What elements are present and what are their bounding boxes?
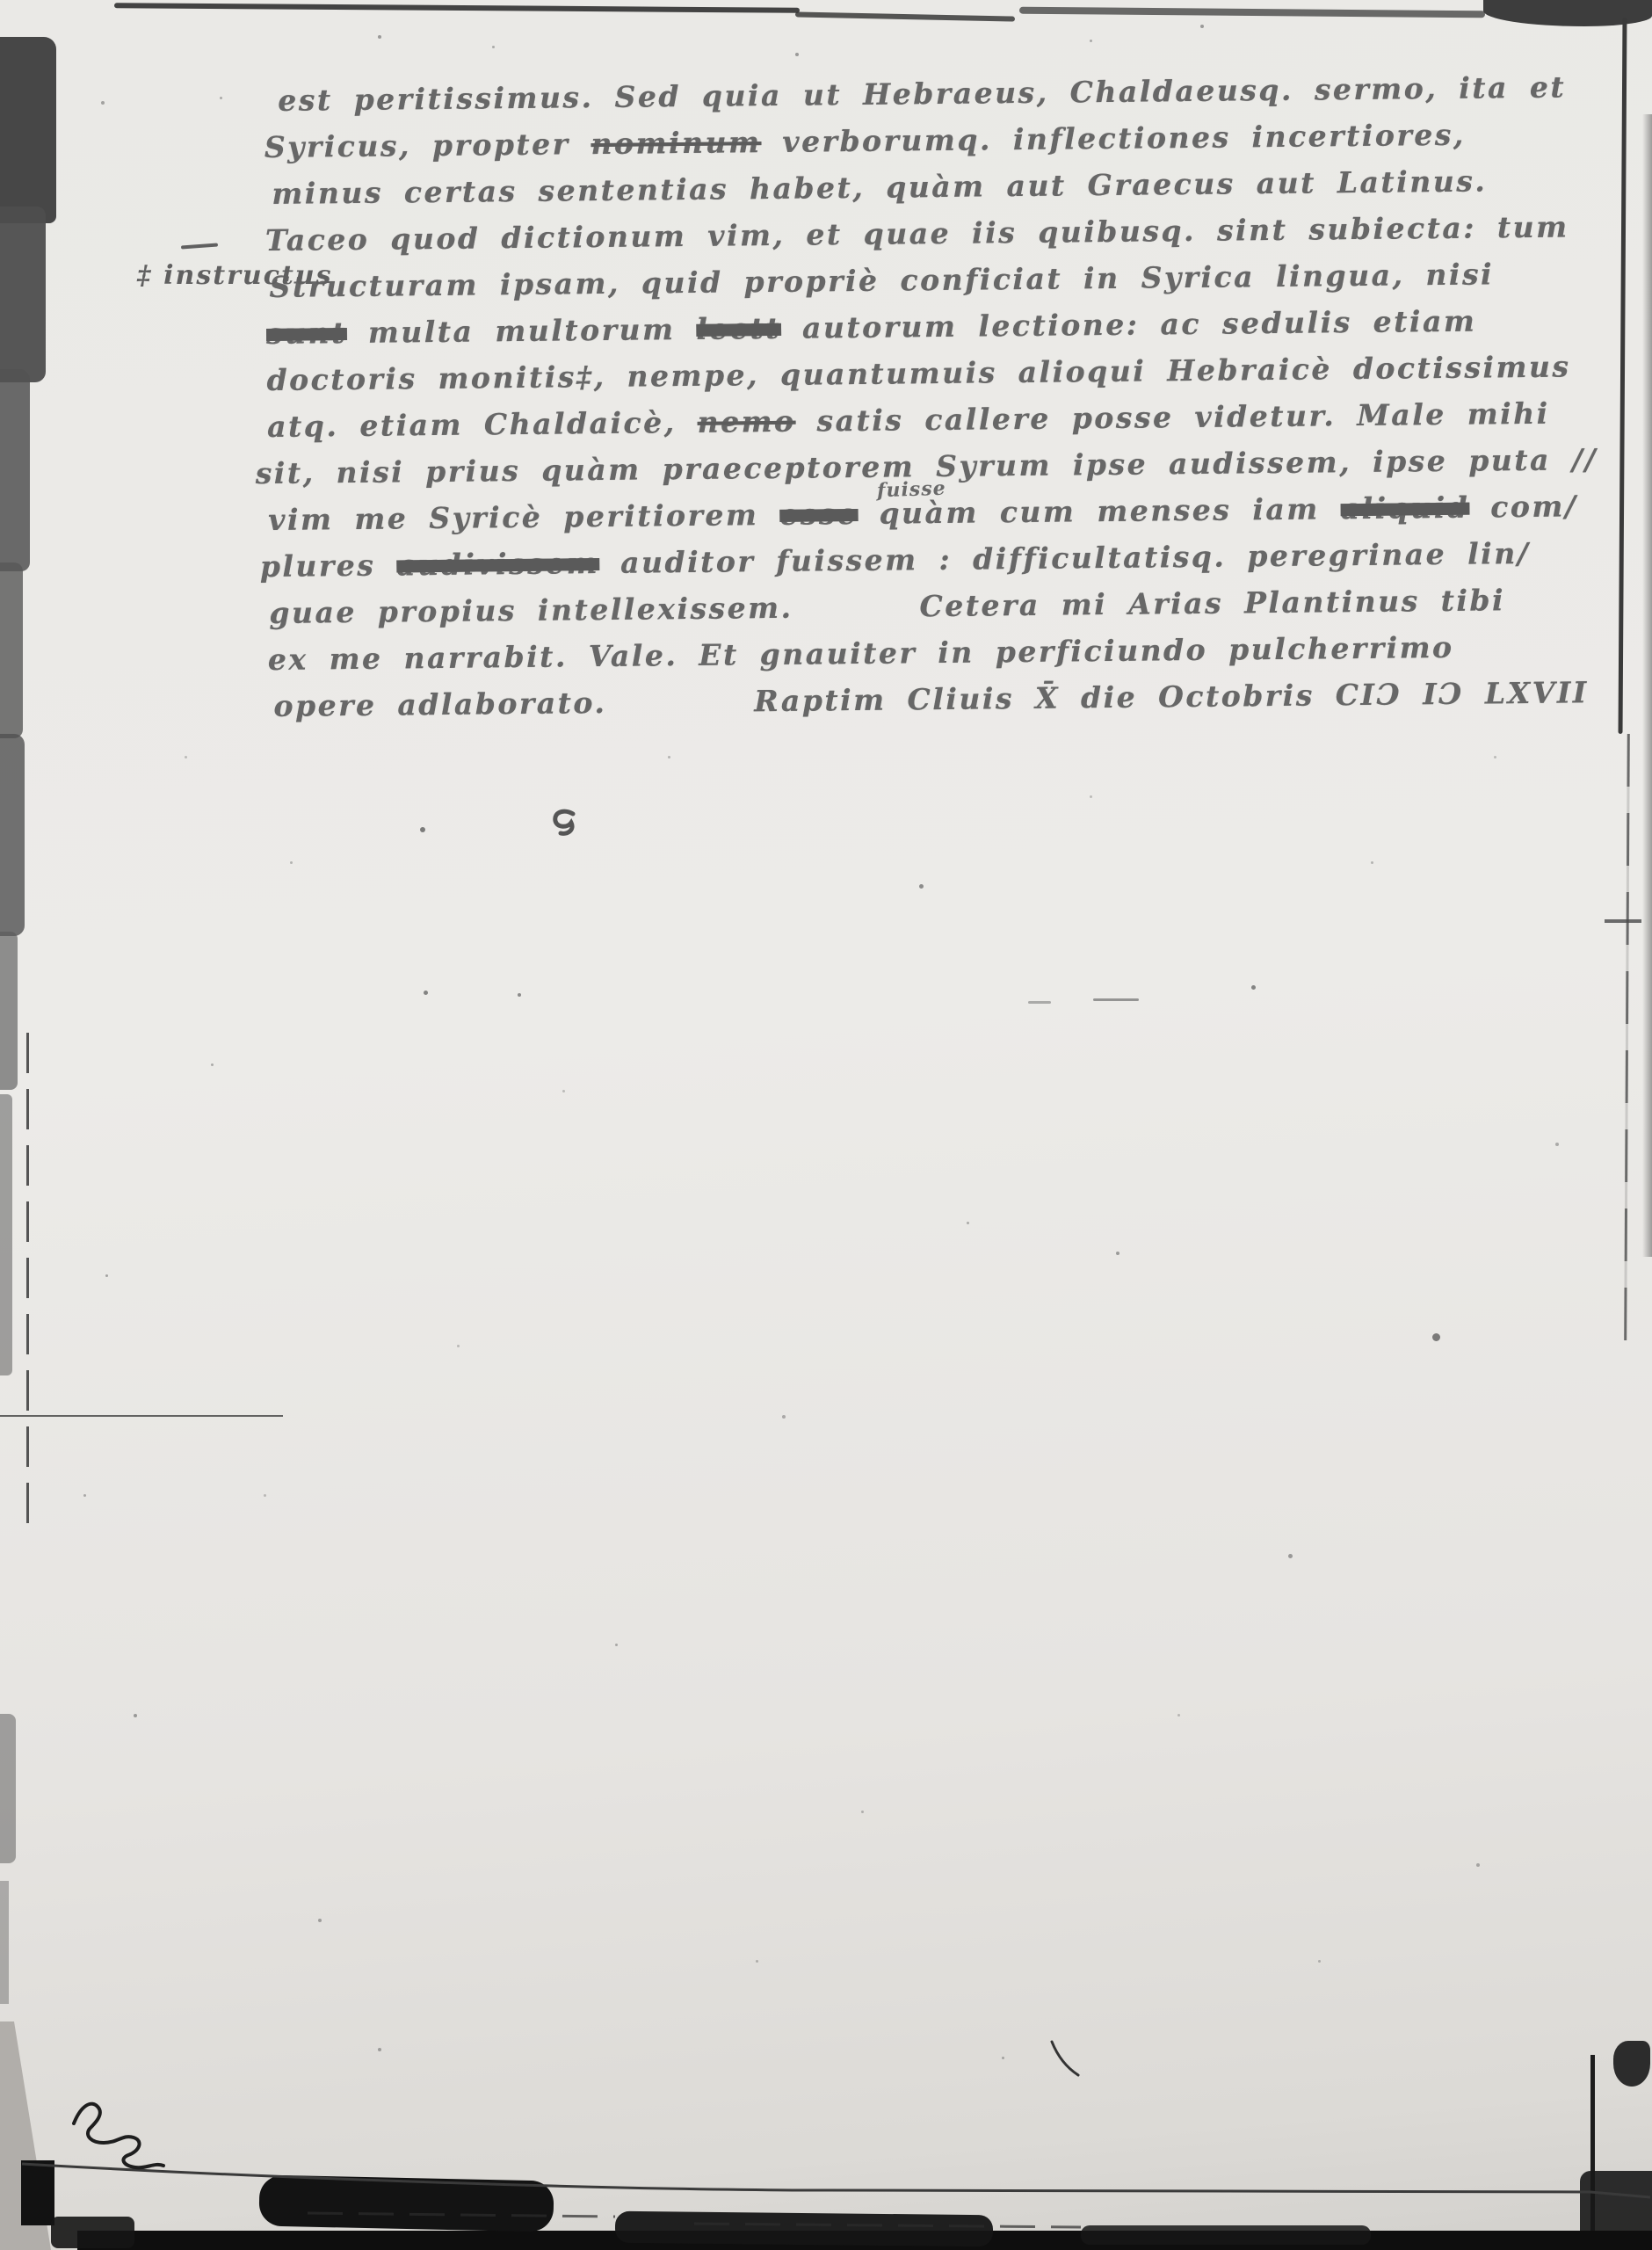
scan-artifact-bottom-left-square <box>21 2160 54 2225</box>
letter-lines: est peritissimus. Sed quia ut Hebraeus, … <box>264 63 1624 729</box>
scan-artifact-right-tick <box>1605 919 1641 923</box>
ink-speck <box>1116 1252 1119 1255</box>
ink-speck <box>1318 1960 1321 1963</box>
manuscript-text: est peritissimus. Sed quia ut Hebraeus, … <box>278 69 1566 117</box>
ink-speck <box>492 46 495 48</box>
ink-speck <box>83 1494 86 1497</box>
manuscript-text: com/ <box>1469 489 1577 524</box>
struck-word: aliquid <box>1340 490 1469 526</box>
scan-artifact-top-edge <box>114 3 800 12</box>
ink-speck <box>1494 756 1496 758</box>
ink-speck <box>264 1494 266 1497</box>
ink-speck <box>1555 1143 1559 1146</box>
manuscript-text: verborumq. inflectiones incertiores, <box>761 118 1466 159</box>
scan-artifact-left-blob <box>0 1881 9 2004</box>
ink-speck <box>220 97 222 99</box>
margin-note-macron <box>181 243 218 250</box>
ink-speck <box>919 884 924 889</box>
ink-speck <box>290 861 293 864</box>
manuscript-text: auditor fuissem : difficultatisq. peregr… <box>599 536 1531 580</box>
manuscript-text: ex me narrabit. Vale. Et gnauiter in per… <box>268 630 1454 677</box>
ink-speck <box>1476 1863 1480 1867</box>
ink-speck <box>1200 25 1204 28</box>
struck-word: esse <box>779 497 859 532</box>
ink-speck <box>562 1090 565 1092</box>
scan-artifact-right-rule <box>1624 734 1630 1340</box>
ink-speck <box>1090 40 1092 42</box>
ink-speck <box>1251 985 1256 990</box>
scan-artifact-left-blob <box>0 562 23 738</box>
ink-speck <box>668 756 670 758</box>
scan-artifact-left-blob <box>0 1714 16 1863</box>
scan-artifact-right-shadow <box>1642 114 1652 1257</box>
ink-speck <box>378 35 381 39</box>
manuscript-text: autorum lectione: ac sedulis etiam <box>781 304 1477 345</box>
ink-speck <box>211 1063 214 1066</box>
ink-speck <box>518 993 521 997</box>
ink-speck <box>318 1919 322 1922</box>
ink-speck <box>424 991 428 995</box>
manuscript-text: multa multorum <box>347 312 697 350</box>
ink-speck <box>1177 1714 1180 1717</box>
scan-artifact-top-edge <box>1019 7 1485 18</box>
scan-artifact-left-blob <box>0 734 25 936</box>
ink-speck <box>420 827 425 832</box>
ink-speck <box>967 1222 969 1224</box>
curl-mark <box>555 811 573 833</box>
scan-artifact-mid-rule <box>0 1415 283 1417</box>
scan-artifact-left-blob <box>0 369 30 571</box>
manuscript-text: atq. etiam Chaldaicè, <box>267 405 698 444</box>
ink-speck <box>105 1274 108 1277</box>
scan-artifact-left-blob <box>0 1094 12 1375</box>
ink-speck <box>782 1415 786 1419</box>
scan-artifact-dash <box>1093 998 1139 1001</box>
manuscript-text: opere adlaborato. Raptim Cliuis X̄ die O… <box>273 675 1589 723</box>
manuscript-text: minus certas sententias habet, quàm aut … <box>272 163 1487 210</box>
manuscript-text: plures <box>260 548 397 584</box>
ink-speck <box>101 101 105 105</box>
scan-artifact-left-blob <box>0 207 46 382</box>
ink-speck <box>378 2048 381 2051</box>
ink-speck <box>615 1644 618 1646</box>
ink-speck <box>1432 1333 1440 1341</box>
ink-speck <box>861 1811 864 1813</box>
struck-word: audivissem <box>396 546 599 582</box>
interlinear-correction: fuisse <box>877 477 946 503</box>
scan-artifact-top-edge <box>795 11 1015 21</box>
manuscript-text: vim me Syricè peritiorem <box>268 497 779 537</box>
margin-note-text: ‡ instructus <box>137 260 333 291</box>
scan-artifact-bottom-blob <box>1081 2225 1371 2245</box>
ink-speck <box>185 756 187 758</box>
hook-mark <box>1052 2042 1078 2075</box>
scan-artifact-left-blob <box>0 932 18 1090</box>
struck-word: sunt <box>266 316 347 351</box>
scan-artifact-left-blob <box>0 37 56 223</box>
struck-word: nominum <box>591 125 761 161</box>
manuscript-page: est peritissimus. Sed quia ut Hebraeus, … <box>0 0 1652 2250</box>
struck-word: lectt <box>696 311 781 346</box>
manuscript-text: guae propius intellexissem. Cetera mi Ar… <box>269 583 1505 630</box>
scan-artifact-bottom-right-blob <box>1613 2041 1650 2087</box>
ink-speck <box>1288 1554 1293 1558</box>
ink-speck <box>1002 2057 1004 2059</box>
manuscript-text: satis callere posse videtur. Male mihi <box>795 396 1550 439</box>
scan-artifact-dash <box>1028 1001 1051 1004</box>
manuscript-text: Taceo quod dictionum vim, et quae iis qu… <box>265 209 1569 258</box>
margin-note: ‡ instructus <box>137 260 333 291</box>
scan-artifact-bottom-blob <box>258 2174 554 2232</box>
ink-speck <box>457 1345 460 1347</box>
manuscript-text: Structuram ipsam, quid propriè conficiat… <box>269 257 1494 304</box>
ink-speck <box>1371 861 1373 864</box>
ink-speck <box>1090 795 1092 798</box>
ink-speck <box>756 1960 758 1963</box>
struck-word: nemo <box>697 404 795 439</box>
doodle-squiggle <box>74 2104 163 2168</box>
ink-speck <box>795 53 799 56</box>
manuscript-text: doctoris monitis‡, nempe, quantumuis ali… <box>266 349 1570 397</box>
manuscript-text: Syricus, propter <box>264 127 591 164</box>
scan-artifact-left-rule <box>26 1033 29 1534</box>
ink-speck <box>134 1714 137 1717</box>
scan-artifact-bottom-blob <box>615 2211 993 2247</box>
scan-artifact-bottom-left-blob <box>51 2217 134 2248</box>
